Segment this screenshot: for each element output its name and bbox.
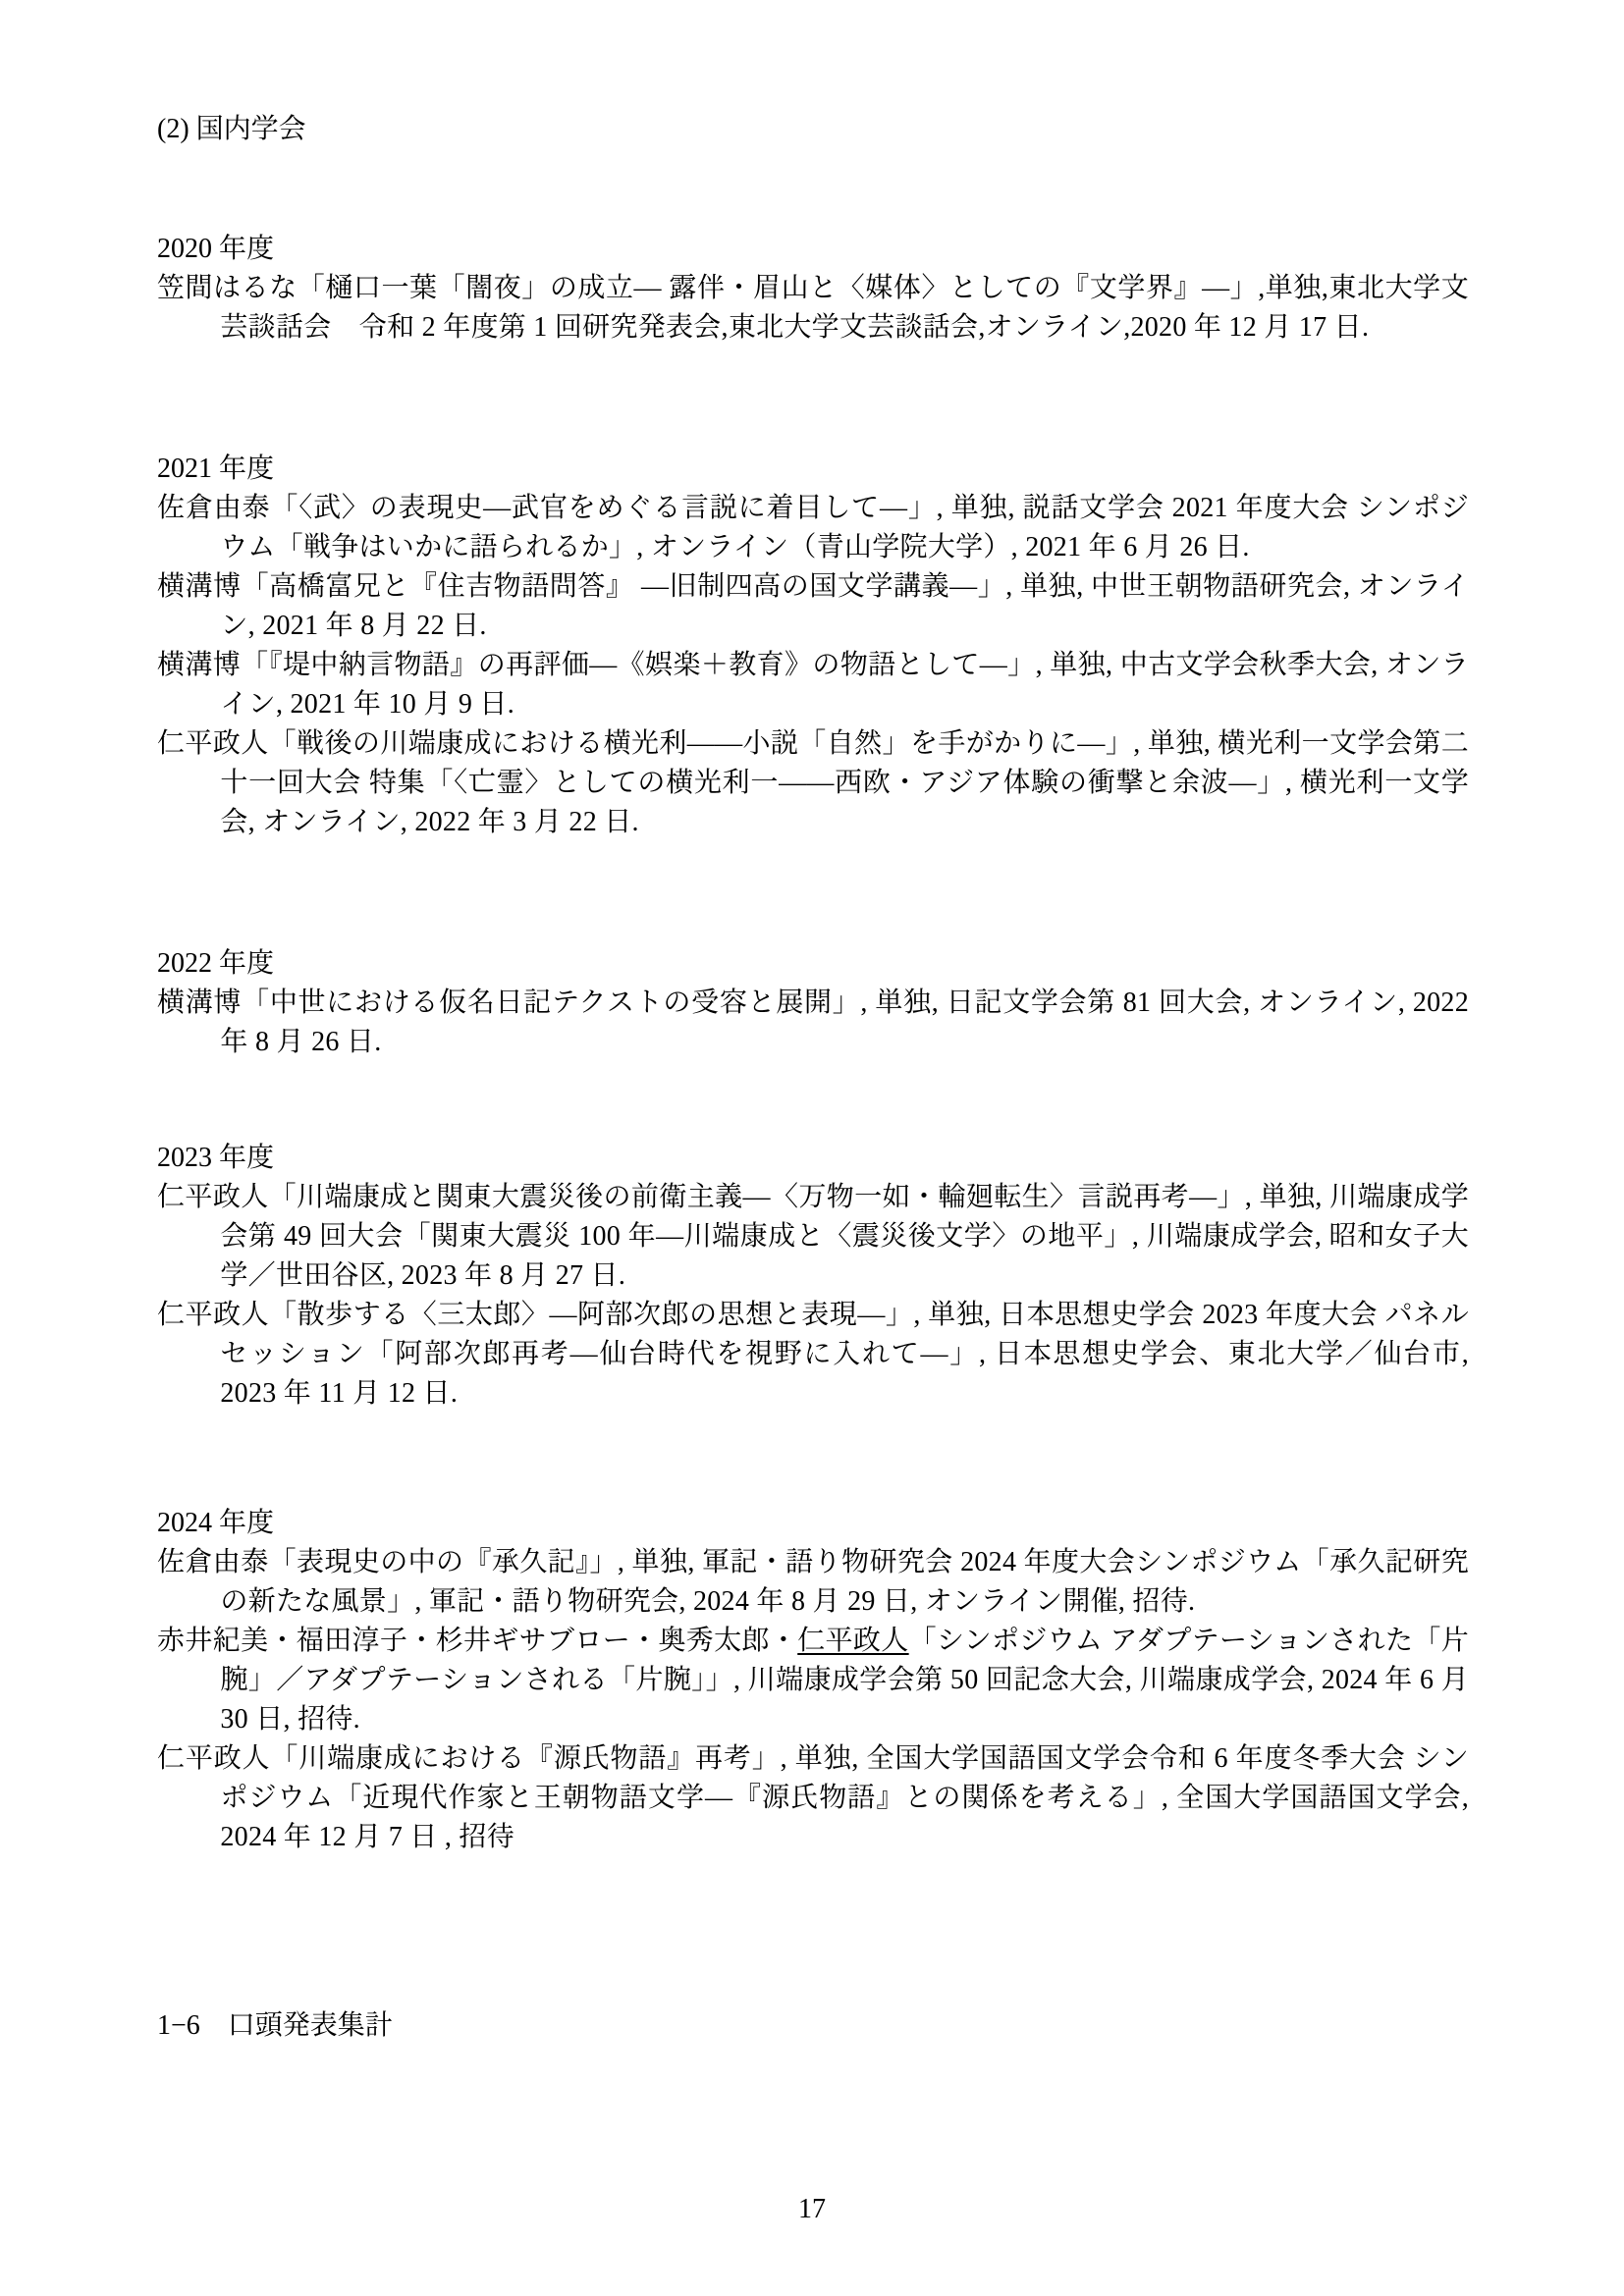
year-section: 2021 年度佐倉由泰「〈武〉の表現史―武官をめぐる言説に着目して―」, 単独,… <box>157 450 1469 842</box>
entry-text: 仁平政人「散歩する〈三太郎〉―阿部次郎の思想と表現―」, 単独, 日本思想史学会… <box>157 1300 1469 1409</box>
year-section: 2023 年度仁平政人「川端康成と関東大震災後の前衛主義―〈万物一如・輪廻転生〉… <box>157 1139 1469 1414</box>
presentation-entry: 横溝博「中世における仮名日記テクストの受容と展開」, 単独, 日記文学会第 81… <box>157 984 1469 1062</box>
presentation-sections: 2020 年度笠間はるな「樋口一葉「闇夜」の成立― 露伴・眉山と〈媒体〉としての… <box>157 230 1469 1857</box>
entry-text: 仁平政人「川端康成と関東大震災後の前衛主義―〈万物一如・輪廻転生〉言説再考―」,… <box>157 1182 1469 1291</box>
year-heading: 2020 年度 <box>157 230 1469 269</box>
entry-text: 横溝博「中世における仮名日記テクストの受容と展開」, 単独, 日記文学会第 81… <box>157 988 1469 1057</box>
year-section: 2022 年度横溝博「中世における仮名日記テクストの受容と展開」, 単独, 日記… <box>157 944 1469 1062</box>
page-number: 17 <box>0 2194 1624 2225</box>
year-heading: 2024 年度 <box>157 1504 1469 1543</box>
year-heading: 2022 年度 <box>157 944 1469 984</box>
entry-text: 横溝博「高橋富兄と『住吉物語問答』 ―旧制四高の国文学講義―」, 単独, 中世王… <box>157 571 1469 641</box>
next-section-heading: 1−6 口頭発表集計 <box>157 2006 1469 2046</box>
section-heading: (2) 国内学会 <box>157 110 1469 149</box>
year-heading: 2021 年度 <box>157 450 1469 489</box>
entry-text: 赤井紀美・福田淳子・杉井ギサブロー・奥秀太郎・ <box>157 1626 797 1656</box>
entry-text: 佐倉由泰「〈武〉の表現史―武官をめぐる言説に着目して―」, 単独, 説話文学会 … <box>157 493 1469 562</box>
presentation-entry: 仁平政人「川端康成と関東大震災後の前衛主義―〈万物一如・輪廻転生〉言説再考―」,… <box>157 1178 1469 1296</box>
presentation-entry: 赤井紀美・福田淳子・杉井ギサブロー・奥秀太郎・仁平政人「シンポジウム アダプテー… <box>157 1622 1469 1739</box>
presentation-entry: 仁平政人「散歩する〈三太郎〉―阿部次郎の思想と表現―」, 単独, 日本思想史学会… <box>157 1296 1469 1414</box>
presentation-entry: 佐倉由泰「表現史の中の『承久記』」, 単独, 軍記・語り物研究会 2024 年度… <box>157 1543 1469 1622</box>
entry-text: 横溝博「『堤中納言物語』の再評価―《娯楽＋教育》の物語として―」, 単独, 中古… <box>157 650 1469 720</box>
presentation-entry: 笠間はるな「樋口一葉「闇夜」の成立― 露伴・眉山と〈媒体〉としての『文学界』―」… <box>157 269 1469 347</box>
presentation-entry: 仁平政人「戦後の川端康成における横光利――小説「自然」を手がかりに―」, 単独,… <box>157 724 1469 842</box>
entry-text: 笠間はるな「樋口一葉「闇夜」の成立― 露伴・眉山と〈媒体〉としての『文学界』―」… <box>157 273 1469 343</box>
presentation-entry: 横溝博「高橋富兄と『住吉物語問答』 ―旧制四高の国文学講義―」, 単独, 中世王… <box>157 567 1469 646</box>
year-section: 2020 年度笠間はるな「樋口一葉「闇夜」の成立― 露伴・眉山と〈媒体〉としての… <box>157 230 1469 347</box>
presentation-entry: 佐倉由泰「〈武〉の表現史―武官をめぐる言説に着目して―」, 単独, 説話文学会 … <box>157 489 1469 567</box>
presentation-entry: 仁平政人「川端康成における『源氏物語』再考」, 単独, 全国大学国語国文学会令和… <box>157 1739 1469 1857</box>
entry-text: 仁平政人「川端康成における『源氏物語』再考」, 単独, 全国大学国語国文学会令和… <box>157 1743 1469 1852</box>
presentation-entry: 横溝博「『堤中納言物語』の再評価―《娯楽＋教育》の物語として―」, 単独, 中古… <box>157 646 1469 724</box>
year-section: 2024 年度佐倉由泰「表現史の中の『承久記』」, 単独, 軍記・語り物研究会 … <box>157 1504 1469 1857</box>
entry-text: 佐倉由泰「表現史の中の『承久記』」, 単独, 軍記・語り物研究会 2024 年度… <box>157 1547 1469 1617</box>
year-heading: 2023 年度 <box>157 1139 1469 1178</box>
entry-text: 仁平政人「戦後の川端康成における横光利――小説「自然」を手がかりに―」, 単独,… <box>157 728 1469 837</box>
document-page: (2) 国内学会 2020 年度笠間はるな「樋口一葉「闇夜」の成立― 露伴・眉山… <box>0 0 1624 2296</box>
underlined-author-name: 仁平政人 <box>797 1626 908 1656</box>
